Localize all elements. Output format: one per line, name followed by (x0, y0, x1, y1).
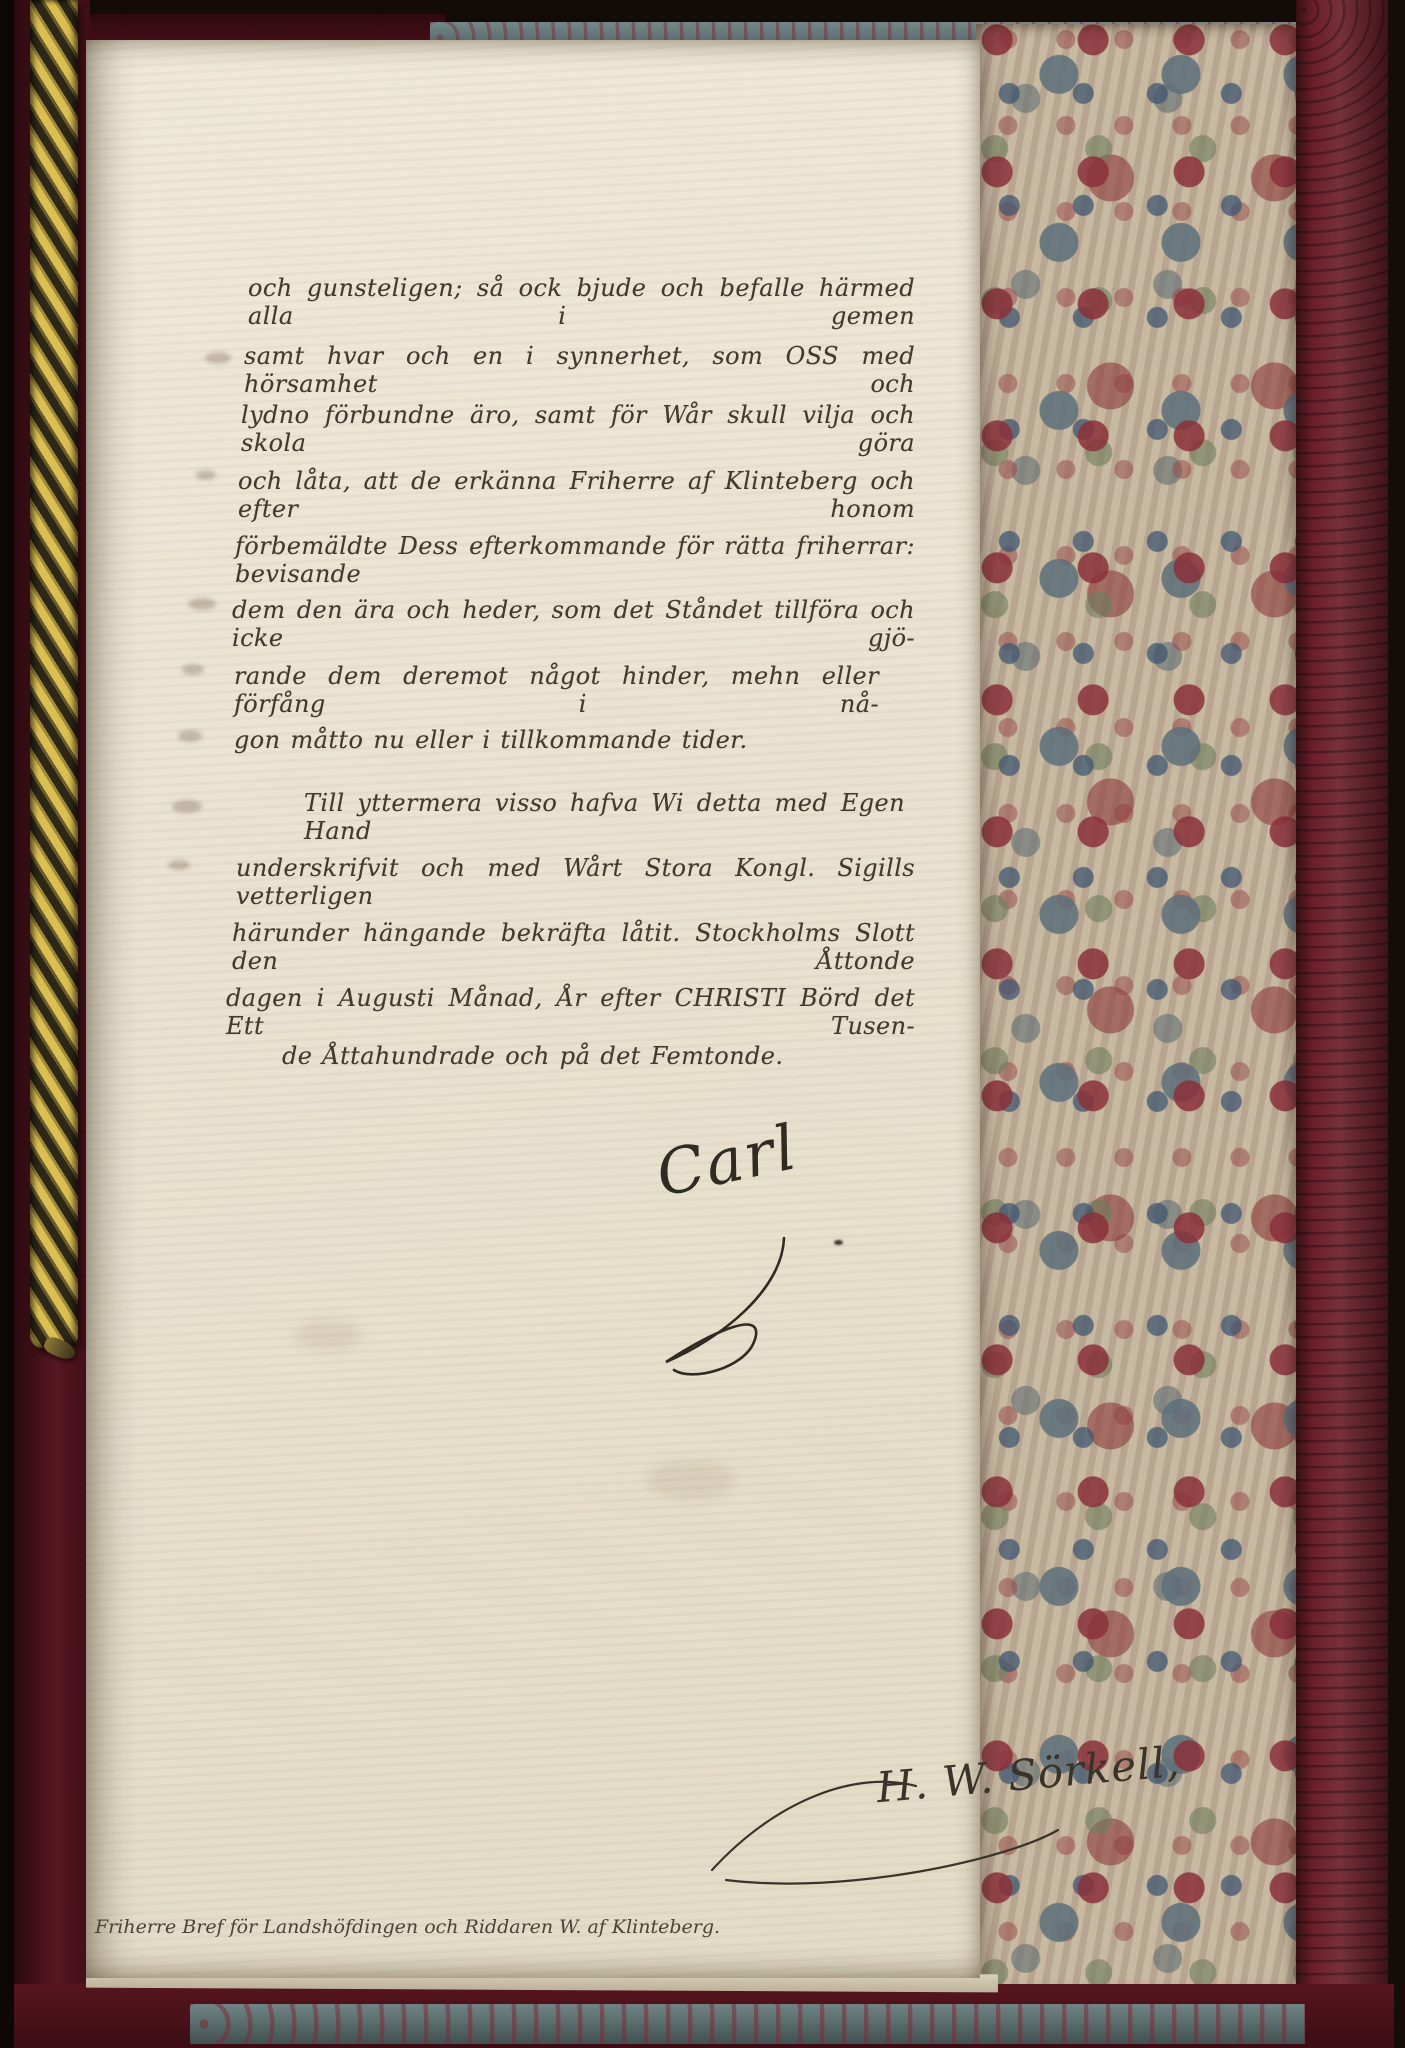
manuscript-line: förbemäldte Dess efterkommande för rätta… (235, 532, 915, 588)
manuscript-line: Till yttermera visso hafva Wi detta med … (304, 789, 905, 845)
manuscript-line: härunder hängande bekräfta låtit. Stockh… (232, 919, 915, 975)
foxing-spot (182, 664, 204, 675)
foxing-spot (205, 352, 231, 364)
manuscript-line: samt hvar och en i synnerhet, som OSS me… (244, 342, 915, 398)
manuscript-line: rande dem deremot något hinder, mehn ell… (234, 662, 879, 718)
manuscript-line: lydno förbundne äro, samt för Wår skull … (241, 401, 915, 457)
manuscript-line: och låta, att de erkänna Friherre af Kli… (238, 467, 915, 523)
manuscript-line: gon måtto nu eller i tillkommande tider. (234, 726, 748, 754)
manuscript-line: dem den ära och heder, som det Ståndet t… (232, 596, 915, 652)
foxing-spot (196, 470, 216, 480)
manuscript-page: och gunsteligen; så ock bjude och befall… (86, 40, 980, 1978)
paper-stain (646, 1460, 736, 1500)
manuscript-line: och gunsteligen; så ock bjude och befall… (248, 274, 915, 330)
countersignature-flourish (706, 1730, 1066, 1900)
foxing-spot (172, 800, 202, 813)
foxing-spot (168, 860, 190, 870)
paper-stain (296, 1320, 360, 1350)
bookmark-cord (30, 0, 78, 1348)
manuscript-line: de Åttahundrade och på det Femtonde. (282, 1042, 783, 1070)
foxing-spot (178, 730, 202, 742)
marbled-endpaper (976, 24, 1300, 1996)
cover-leather-edge (1296, 0, 1392, 2048)
book-page-photo: och gunsteligen; så ock bjude och befall… (0, 0, 1405, 2048)
bottom-embossed-band (190, 2004, 1305, 2044)
royal-signature-flourish (626, 1160, 876, 1380)
foxing-spot (188, 598, 216, 610)
manuscript-line: dagen i Augusti Månad, År efter CHRISTI … (226, 984, 915, 1040)
archival-caption: Friherre Bref för Landshöfdingen och Rid… (95, 1916, 720, 1938)
manuscript-line: underskrifvit och med Wårt Stora Kongl. … (236, 854, 915, 910)
right-edge-shadow (1388, 0, 1405, 2048)
